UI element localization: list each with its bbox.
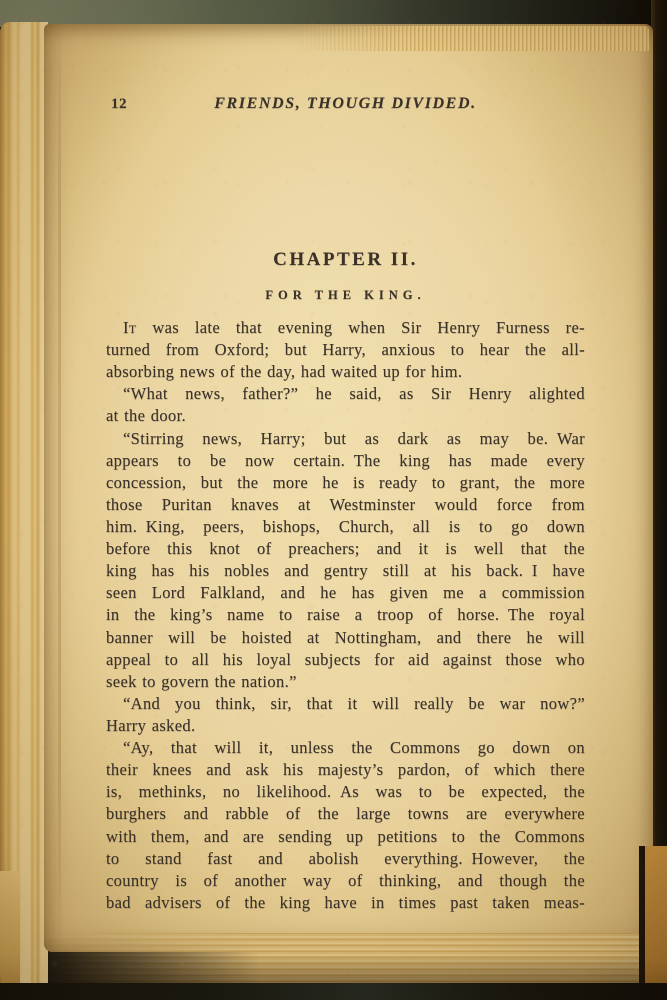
book-cover-bottom-left	[0, 871, 20, 986]
page-stack-left-edge	[0, 22, 48, 990]
body-line: “Stirring news, Harry; but as dark as ma…	[106, 428, 585, 450]
body-line: Harry asked.	[106, 715, 585, 737]
body-line: country is of another way of thinking, a…	[106, 870, 585, 892]
body-line: is, methinks, no likelihood. As was to b…	[106, 781, 585, 803]
body-line: concession, but the more he is ready to …	[106, 472, 585, 494]
running-title: FRIENDS, THOUGH DIVIDED.	[106, 95, 585, 113]
body-line: before this knot of preachers; and it is…	[106, 538, 585, 560]
printed-page-content: 12 FRIENDS, THOUGH DIVIDED. CHAPTER II. …	[106, 0, 585, 1000]
body-line: to stand fast and abolish everything. Ho…	[106, 848, 585, 870]
book-bottom-shadow	[0, 983, 667, 1000]
page-number: 12	[111, 96, 127, 113]
body-line: absorbing news of the day, had waited up…	[106, 361, 585, 383]
chapter-heading: CHAPTER II.	[106, 249, 585, 271]
body-text: It was late that evening when Sir Henry …	[106, 317, 585, 914]
body-line: in the king’s name to raise a troop of h…	[106, 604, 585, 626]
body-line: bad advisers of the king have in times p…	[106, 892, 585, 914]
body-line: “Ay, that will it, unless the Commons go…	[106, 737, 585, 759]
body-line: turned from Oxford; but Harry, anxious t…	[106, 339, 585, 361]
body-line: seek to govern the nation.”	[106, 671, 585, 693]
body-line: It was late that evening when Sir Henry …	[106, 317, 585, 339]
body-line: “And you think, sir, that it will really…	[106, 693, 585, 715]
body-line: appeal to all his loyal subjects for aid…	[106, 649, 585, 671]
body-line: king has his nobles and gentry still at …	[106, 560, 585, 582]
book-photo: 12 FRIENDS, THOUGH DIVIDED. CHAPTER II. …	[0, 0, 667, 1000]
body-line: those Puritan knaves at Westminster woul…	[106, 494, 585, 516]
body-line: seen Lord Falkland, and he has given me …	[106, 582, 585, 604]
body-line: banner will be hoisted at Nottingham, an…	[106, 627, 585, 649]
body-line: “What news, father?” he said, as Sir Hen…	[106, 383, 585, 405]
chapter-subtitle: FOR THE KING.	[106, 288, 585, 303]
book-cover-bottom-right	[639, 846, 667, 996]
body-line: their knees and ask his majesty’s pardon…	[106, 759, 585, 781]
page-header: 12 FRIENDS, THOUGH DIVIDED.	[106, 95, 585, 115]
body-line: him. King, peers, bishops, Church, all i…	[106, 516, 585, 538]
body-line: with them, and are sending up petitions …	[106, 826, 585, 848]
body-line: appears to be now certain. The king has …	[106, 450, 585, 472]
body-line: burghers and rabble of the large towns a…	[106, 803, 585, 825]
body-line: at the door.	[106, 405, 585, 427]
small-caps-word: It	[123, 318, 137, 337]
